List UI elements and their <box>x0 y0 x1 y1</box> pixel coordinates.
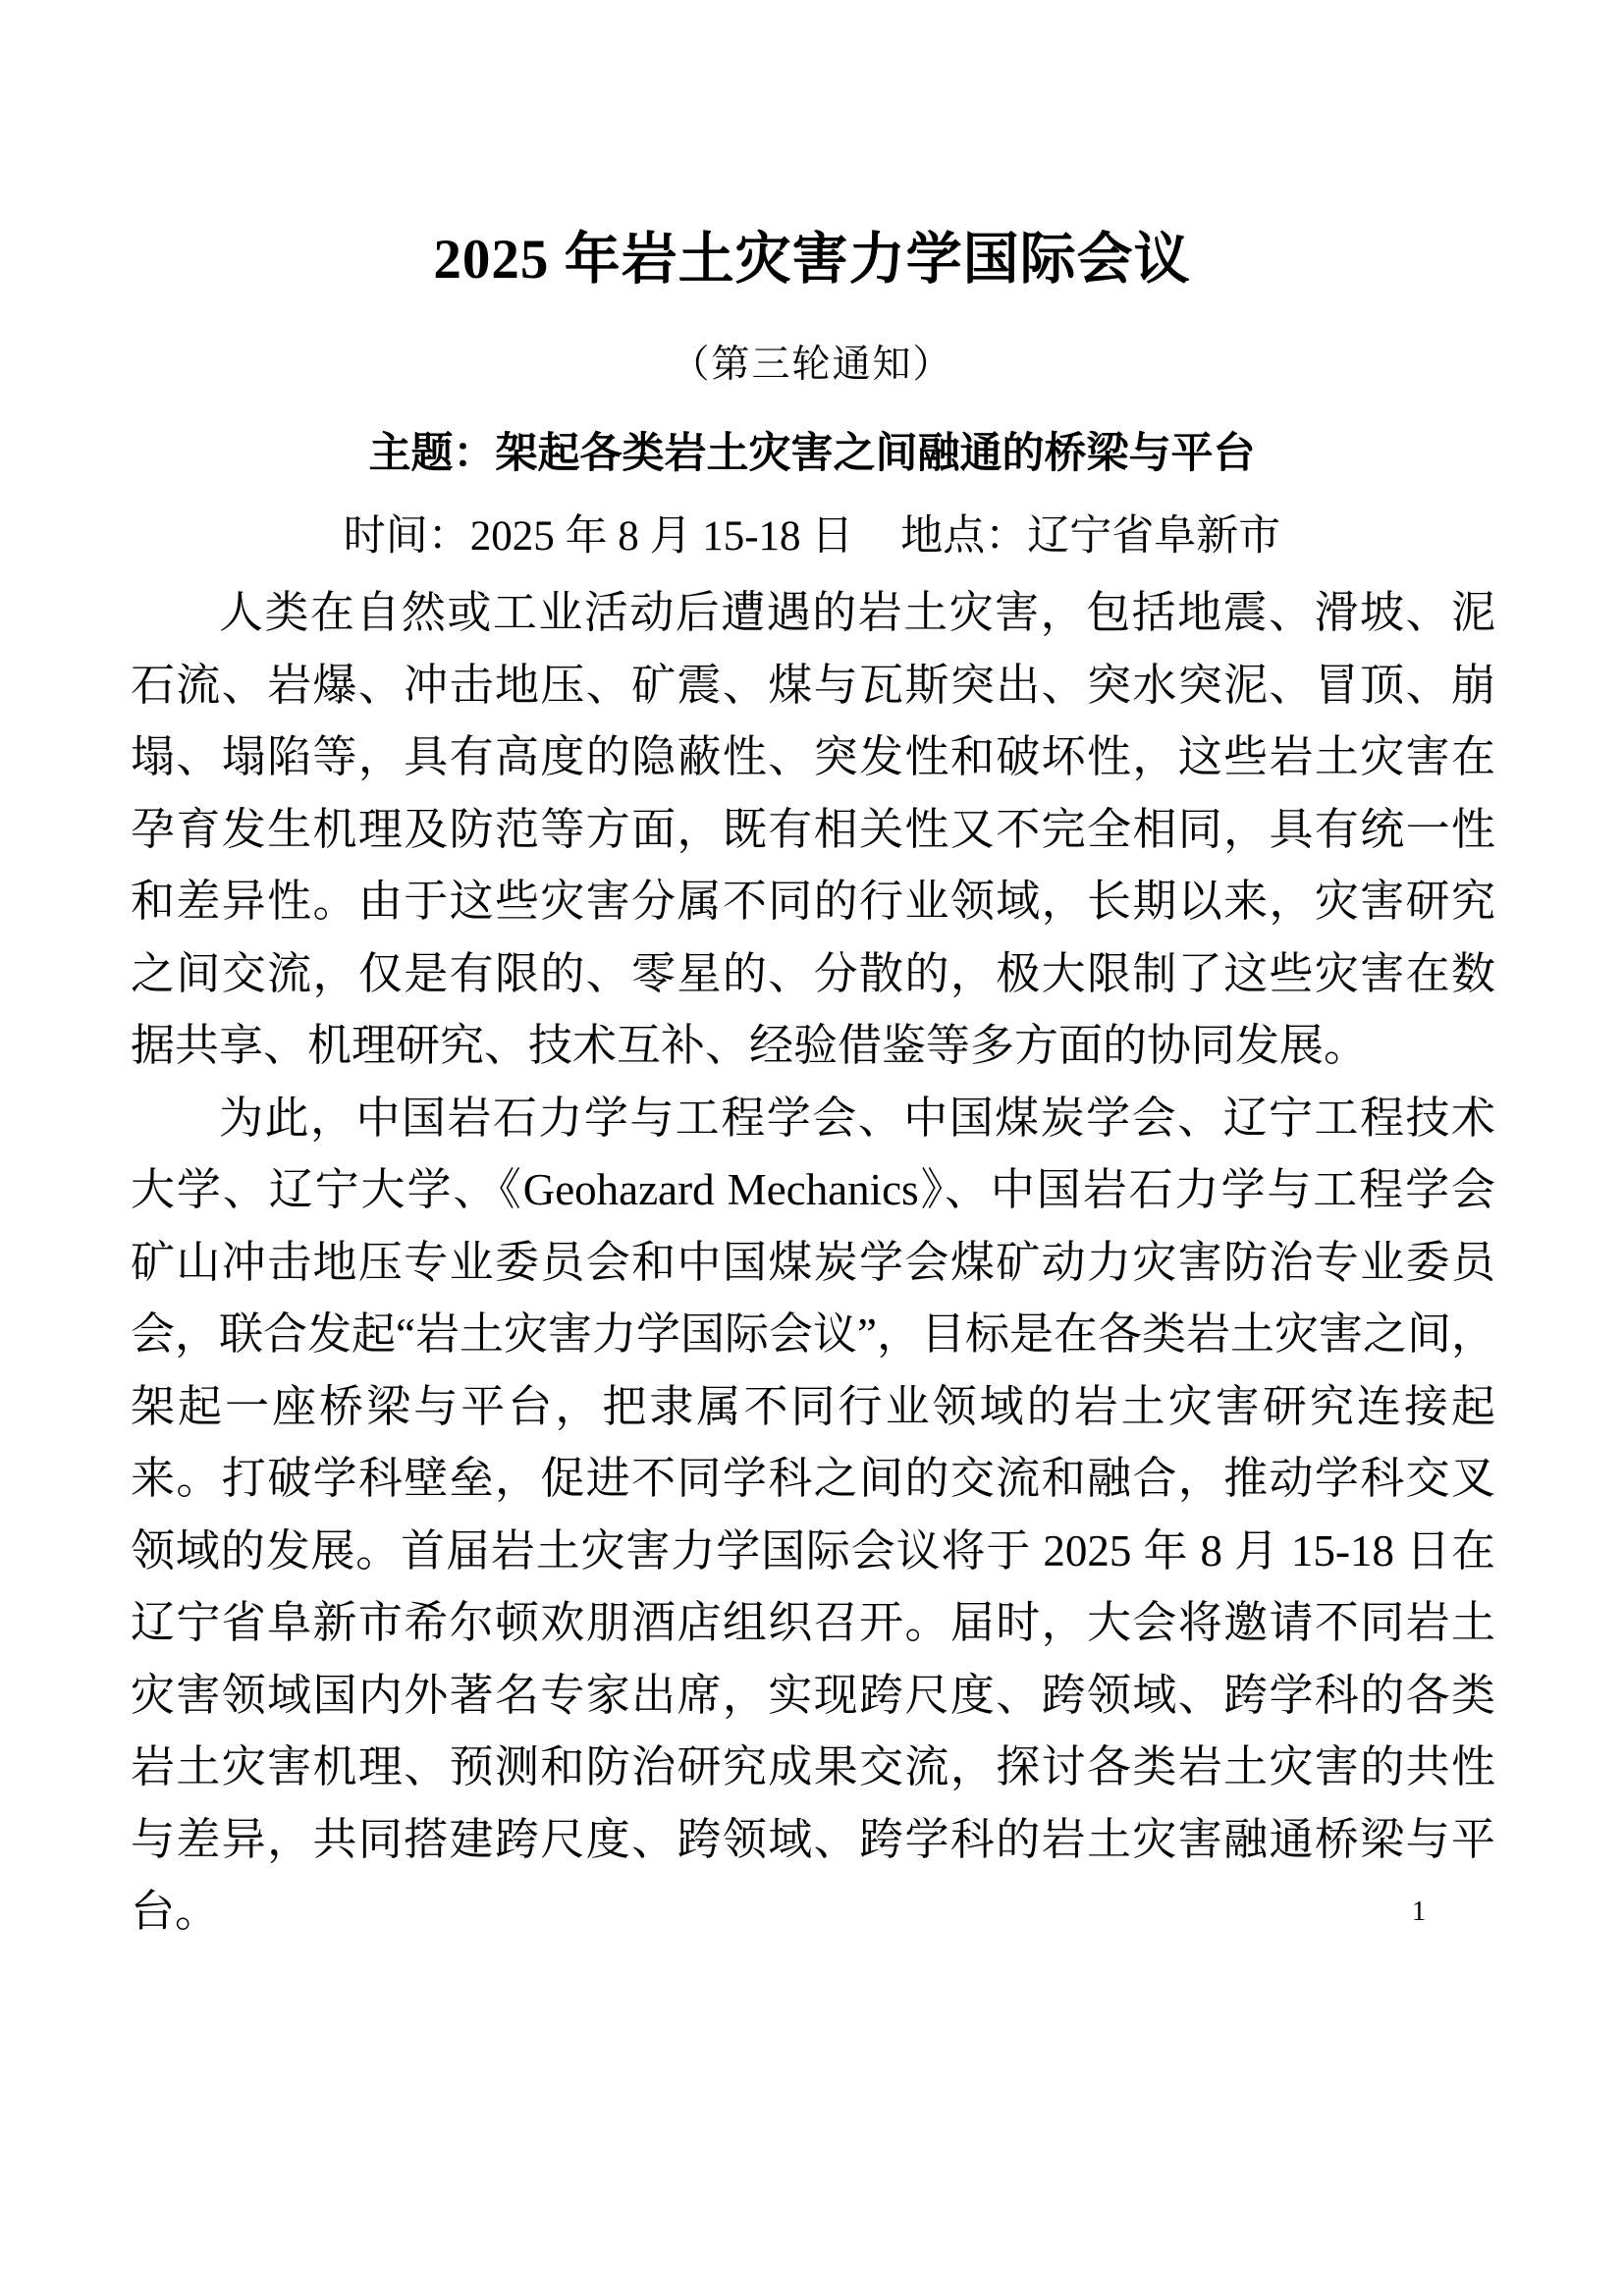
document-title: 2025 年岩土灾害力学国际会议 <box>0 214 1624 294</box>
conference-schedule: 时间：2025 年 8 月 15-18 日 地点：辽宁省阜新市 <box>0 503 1624 562</box>
conference-theme: 主题：架起各类岩土灾害之间融通的桥梁与平台 <box>0 420 1624 480</box>
page-number: 1 <box>1412 1896 1426 1928</box>
paragraph-disaster-overview: 人类在自然或工业活动后遭遇的岩土灾害，包括地震、滑坡、泥石流、岩爆、冲击地压、矿… <box>131 577 1495 1083</box>
conference-location: 地点：辽宁省阜新市 <box>900 503 1280 562</box>
document-subtitle: （第三轮通知） <box>0 334 1624 389</box>
document-page: 2025 年岩土灾害力学国际会议 （第三轮通知） 主题：架起各类岩土灾害之间融通… <box>0 0 1624 2296</box>
document-body: 人类在自然或工业活动后遭遇的岩土灾害，包括地震、滑坡、泥石流、岩爆、冲击地压、矿… <box>131 577 1495 1949</box>
conference-time: 时间：2025 年 8 月 15-18 日 <box>344 503 854 562</box>
paragraph-organizers-and-goals: 为此，中国岩石力学与工程学会、中国煤炭学会、辽宁工程技术大学、辽宁大学、《Geo… <box>131 1083 1495 1949</box>
